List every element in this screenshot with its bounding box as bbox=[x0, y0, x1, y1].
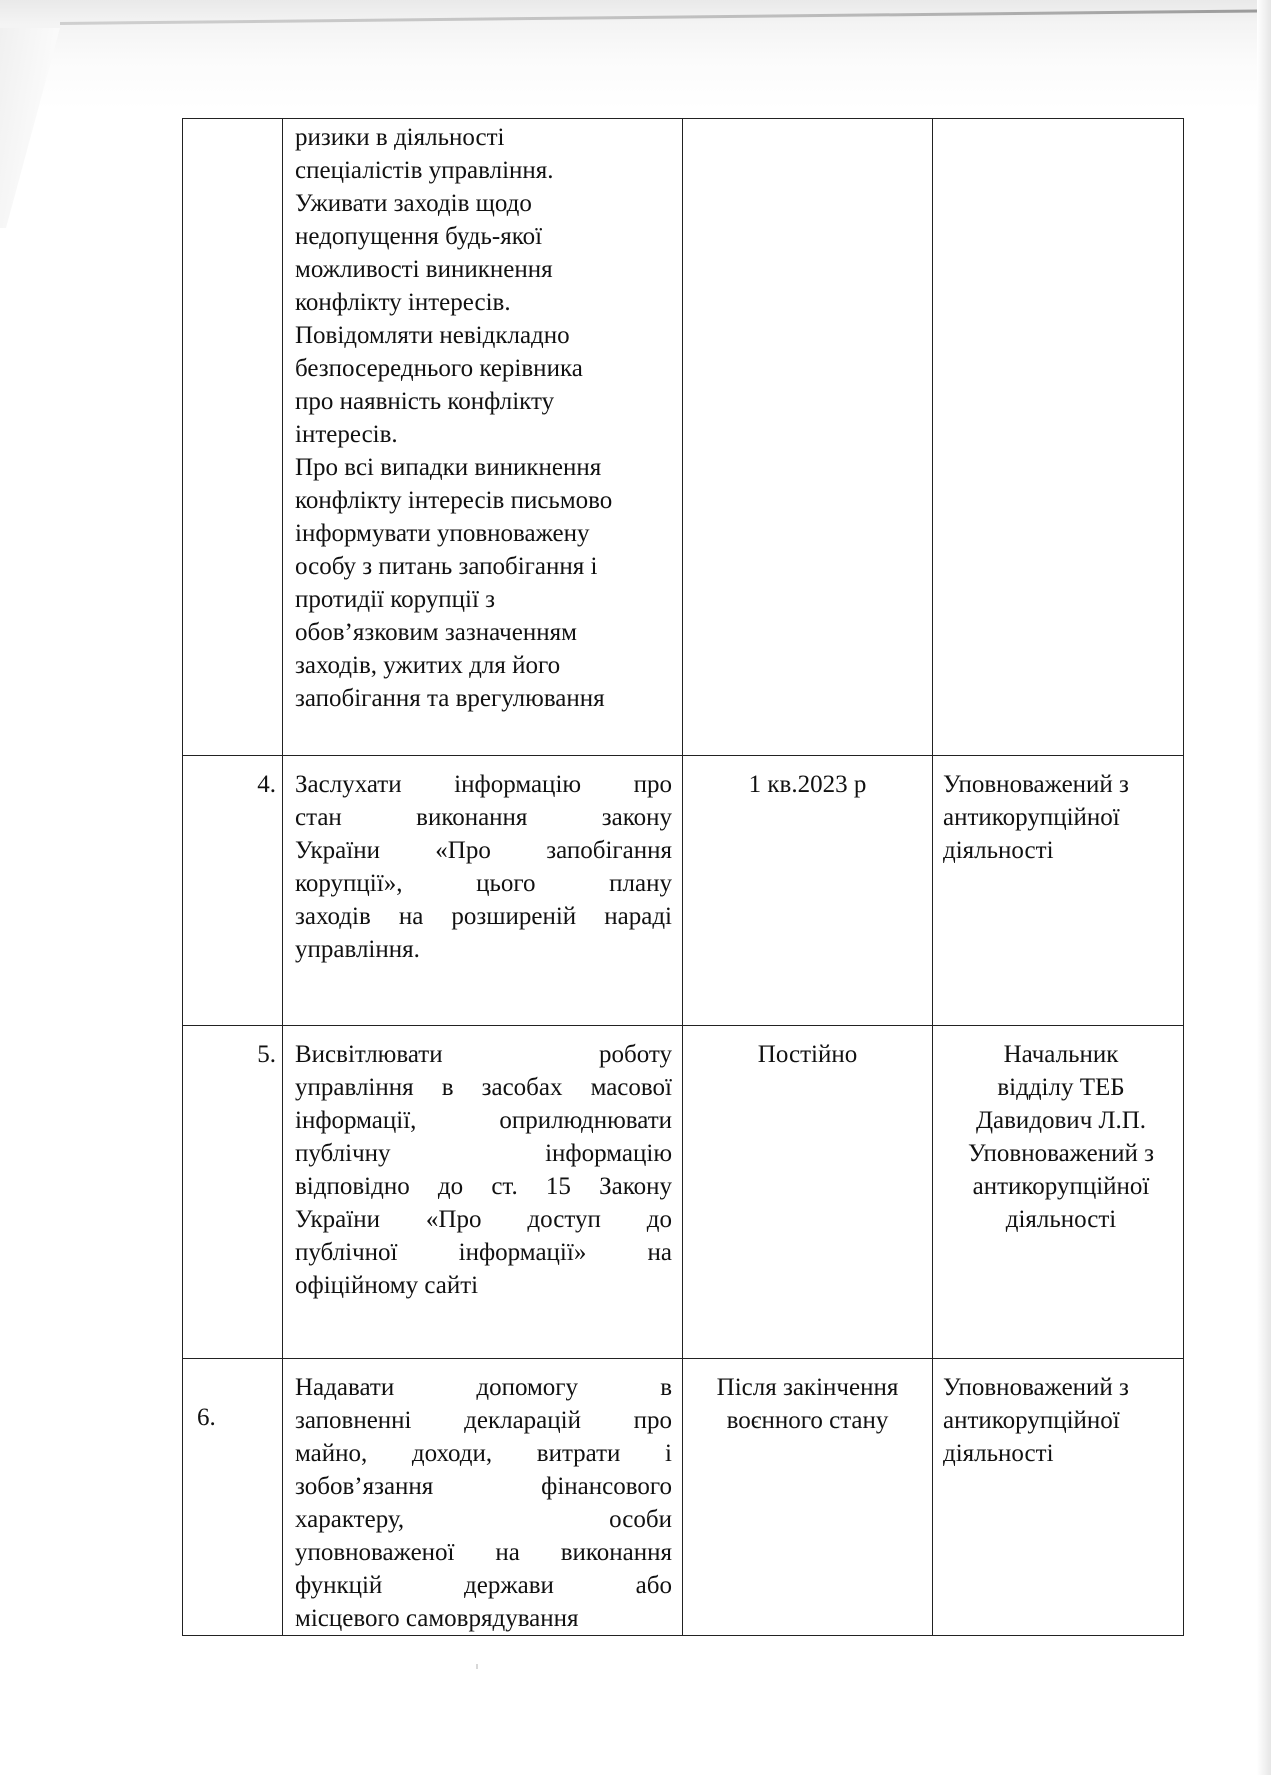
table-row: 4. Заслухати інформацію простан виконанн… bbox=[183, 756, 1184, 1026]
responsible-cell bbox=[933, 119, 1184, 756]
text-line: конфлікту інтересів письмово bbox=[295, 484, 672, 517]
row-number: 4. bbox=[183, 756, 283, 1026]
text-line: діяльності bbox=[943, 1203, 1179, 1236]
text-line: місцевого самоврядування bbox=[295, 1602, 672, 1635]
text-line: Надавати допомогу в bbox=[295, 1371, 672, 1404]
text-line: характеру, особи bbox=[295, 1503, 672, 1536]
text-line: України «Про запобігання bbox=[295, 834, 672, 867]
text-line: антикорупційної bbox=[943, 1404, 1179, 1437]
text-line: стан виконання закону bbox=[295, 801, 672, 834]
text-line: антикорупційної bbox=[943, 801, 1179, 834]
text-line: майно, доходи, витрати і bbox=[295, 1437, 672, 1470]
text-line: офіційному сайті bbox=[295, 1269, 672, 1302]
text-line: Уповноважений з bbox=[943, 768, 1179, 801]
text-line: Заслухати інформацію про bbox=[295, 768, 672, 801]
task-cell: ризики в діяльностіспеціалістів управлін… bbox=[283, 119, 683, 756]
text-line: відділу ТЕБ bbox=[943, 1071, 1179, 1104]
text-line: обов’язковим зазначенням bbox=[295, 616, 672, 649]
text-line: інформації, оприлюднювати bbox=[295, 1104, 672, 1137]
text-line: управління в засобах масової bbox=[295, 1071, 672, 1104]
text-line: публічну інформацію bbox=[295, 1137, 672, 1170]
text-line: запобігання та врегулювання bbox=[295, 682, 672, 715]
text-line: уповноваженої на виконання bbox=[295, 1536, 672, 1569]
text-line: Давидович Л.П. bbox=[943, 1104, 1179, 1137]
text-line: протидії корупції з bbox=[295, 583, 672, 616]
text-line: заходів на розширеній нараді bbox=[295, 900, 672, 933]
text-line: спеціалістів управління. bbox=[295, 154, 672, 187]
text-line: недопущення будь-якої bbox=[295, 220, 672, 253]
text-line: Висвітлювати роботу bbox=[295, 1038, 672, 1071]
table-row: ризики в діяльностіспеціалістів управлін… bbox=[183, 119, 1184, 756]
scan-speck bbox=[476, 1664, 478, 1669]
row-number bbox=[183, 119, 283, 756]
text-line: ризики в діяльності bbox=[295, 121, 672, 154]
text-line: діяльності bbox=[943, 834, 1179, 867]
anticorruption-plan-table: ризики в діяльностіспеціалістів управлін… bbox=[182, 118, 1184, 1636]
text-line: інформувати уповноважену bbox=[295, 517, 672, 550]
responsible-cell: Уповноважений зантикорупційноїдіяльності bbox=[933, 756, 1184, 1026]
task-cell: Заслухати інформацію простан виконання з… bbox=[283, 756, 683, 1026]
text-line: Повідомляти невідкладно bbox=[295, 319, 672, 352]
text-line: Уповноважений з bbox=[943, 1137, 1179, 1170]
text-line: безпосереднього керівника bbox=[295, 352, 672, 385]
text-line: конфлікту інтересів. bbox=[295, 286, 672, 319]
text-line: Уживати заходів щодо bbox=[295, 187, 672, 220]
text-line: заходів, ужитих для його bbox=[295, 649, 672, 682]
task-cell: Надавати допомогу взаповненні декларацій… bbox=[283, 1359, 683, 1636]
responsible-cell: Начальниквідділу ТЕБДавидович Л.П.Уповно… bbox=[933, 1026, 1184, 1359]
responsible-cell: Уповноважений зантикорупційноїдіяльності bbox=[933, 1359, 1184, 1636]
term-cell bbox=[683, 119, 933, 756]
scan-left-fold bbox=[0, 28, 60, 228]
table-row: 6. Надавати допомогу взаповненні деклара… bbox=[183, 1359, 1184, 1636]
task-cell: Висвітлювати роботууправління в засобах … bbox=[283, 1026, 683, 1359]
scan-right-edge bbox=[1257, 0, 1271, 1775]
term-cell: 1 кв.2023 р bbox=[683, 756, 933, 1026]
text-line: про наявність конфлікту bbox=[295, 385, 672, 418]
row-number: 5. bbox=[183, 1026, 283, 1359]
text-line: антикорупційної bbox=[943, 1170, 1179, 1203]
text-line: відповідно до ст. 15 Закону bbox=[295, 1170, 672, 1203]
text-line: Після закінчення bbox=[683, 1371, 932, 1404]
text-line: управління. bbox=[295, 933, 672, 966]
text-line: Про всі випадки виникнення bbox=[295, 451, 672, 484]
text-line: заповненні декларацій про bbox=[295, 1404, 672, 1437]
text-line: Уповноважений з bbox=[943, 1371, 1179, 1404]
text-line: Начальник bbox=[943, 1038, 1179, 1071]
text-line: зобов’язання фінансового bbox=[295, 1470, 672, 1503]
row-number: 6. bbox=[183, 1359, 283, 1636]
text-line: інтересів. bbox=[295, 418, 672, 451]
table-row: 5. Висвітлювати роботууправління в засоб… bbox=[183, 1026, 1184, 1359]
term-cell: Після закінченнявоєнного стану bbox=[683, 1359, 933, 1636]
text-line: можливості виникнення bbox=[295, 253, 672, 286]
text-line: особу з питань запобігання і bbox=[295, 550, 672, 583]
text-line: України «Про доступ до bbox=[295, 1203, 672, 1236]
text-line: публічної інформації» на bbox=[295, 1236, 672, 1269]
term-cell: Постійно bbox=[683, 1026, 933, 1359]
text-line: корупції», цього плану bbox=[295, 867, 672, 900]
text-line: діяльності bbox=[943, 1437, 1179, 1470]
text-line: функцій держави або bbox=[295, 1569, 672, 1602]
text-line: воєнного стану bbox=[683, 1404, 932, 1437]
